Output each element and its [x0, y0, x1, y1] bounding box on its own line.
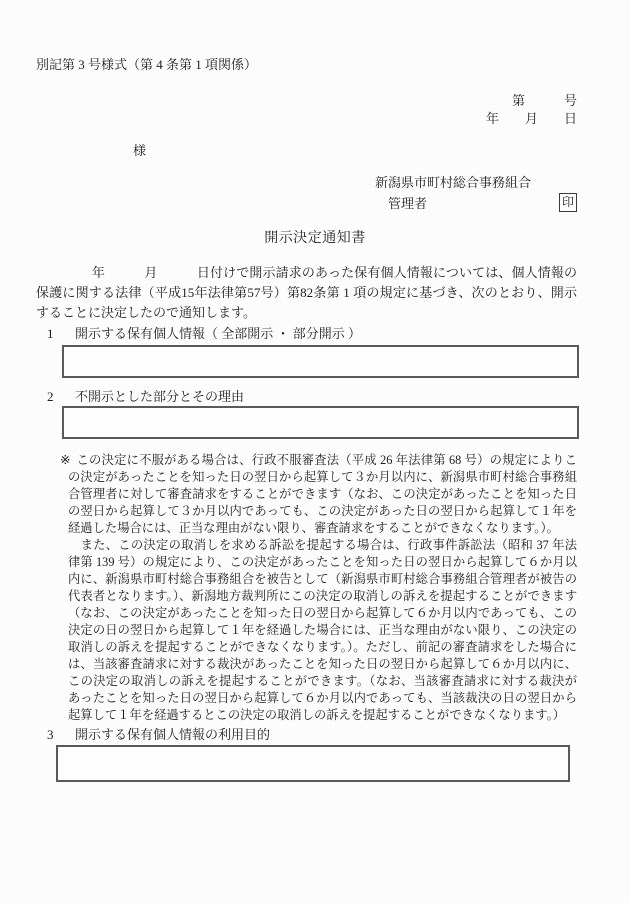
note-paragraph-1: この決定に不服がある場合は、行政不服審査法（平成 26 年法律第 68 号）の規…	[68, 453, 577, 535]
section-2-label: 不開示とした部分とその理由	[75, 389, 244, 404]
form-id: 別記第 3 号様式（第 4 条第 1 項関係）	[36, 57, 257, 73]
section-1-heading: 1開示する保有個人情報（ 全部開示 ・ 部分開示 ）	[47, 326, 361, 342]
issuer-title: 管理者	[388, 196, 427, 212]
nondisclosed-reason-box	[62, 406, 579, 439]
seal-placeholder: 印	[559, 193, 577, 212]
section-1-number: 1	[47, 326, 75, 342]
appeal-instructions-note: ※この決定に不服がある場合は、行政不服審査法（平成 26 年法律第 68 号）の…	[36, 452, 577, 724]
section-3-number: 3	[47, 727, 75, 743]
note-paragraph-2: また、この決定の取消しを求める訴訟を提起する場合は、行政事件訴訟法（昭和 37 …	[68, 537, 577, 724]
section-3-label: 開示する保有個人情報の利用目的	[75, 727, 270, 742]
usage-purpose-box	[56, 745, 570, 782]
disclosed-info-box	[62, 345, 579, 378]
section-3-heading: 3開示する保有個人情報の利用目的	[47, 727, 270, 743]
note-marker: ※	[60, 453, 71, 467]
section-2-number: 2	[47, 389, 75, 405]
section-2-heading: 2不開示とした部分とその理由	[47, 389, 244, 405]
document-title: 開示決定通知書	[0, 230, 630, 247]
issuer-organization: 新潟県市町村総合事務組合	[375, 175, 531, 191]
document-number-line: 第 号	[512, 93, 577, 109]
date-line: 年 月 日	[486, 111, 577, 127]
notification-paragraph: 年 月 日付けで開示請求のあった保有個人情報については、個人情報の保護に関する法…	[36, 263, 577, 323]
addressee-suffix: 様	[133, 143, 146, 159]
section-1-label: 開示する保有個人情報（ 全部開示 ・ 部分開示 ）	[75, 326, 361, 341]
